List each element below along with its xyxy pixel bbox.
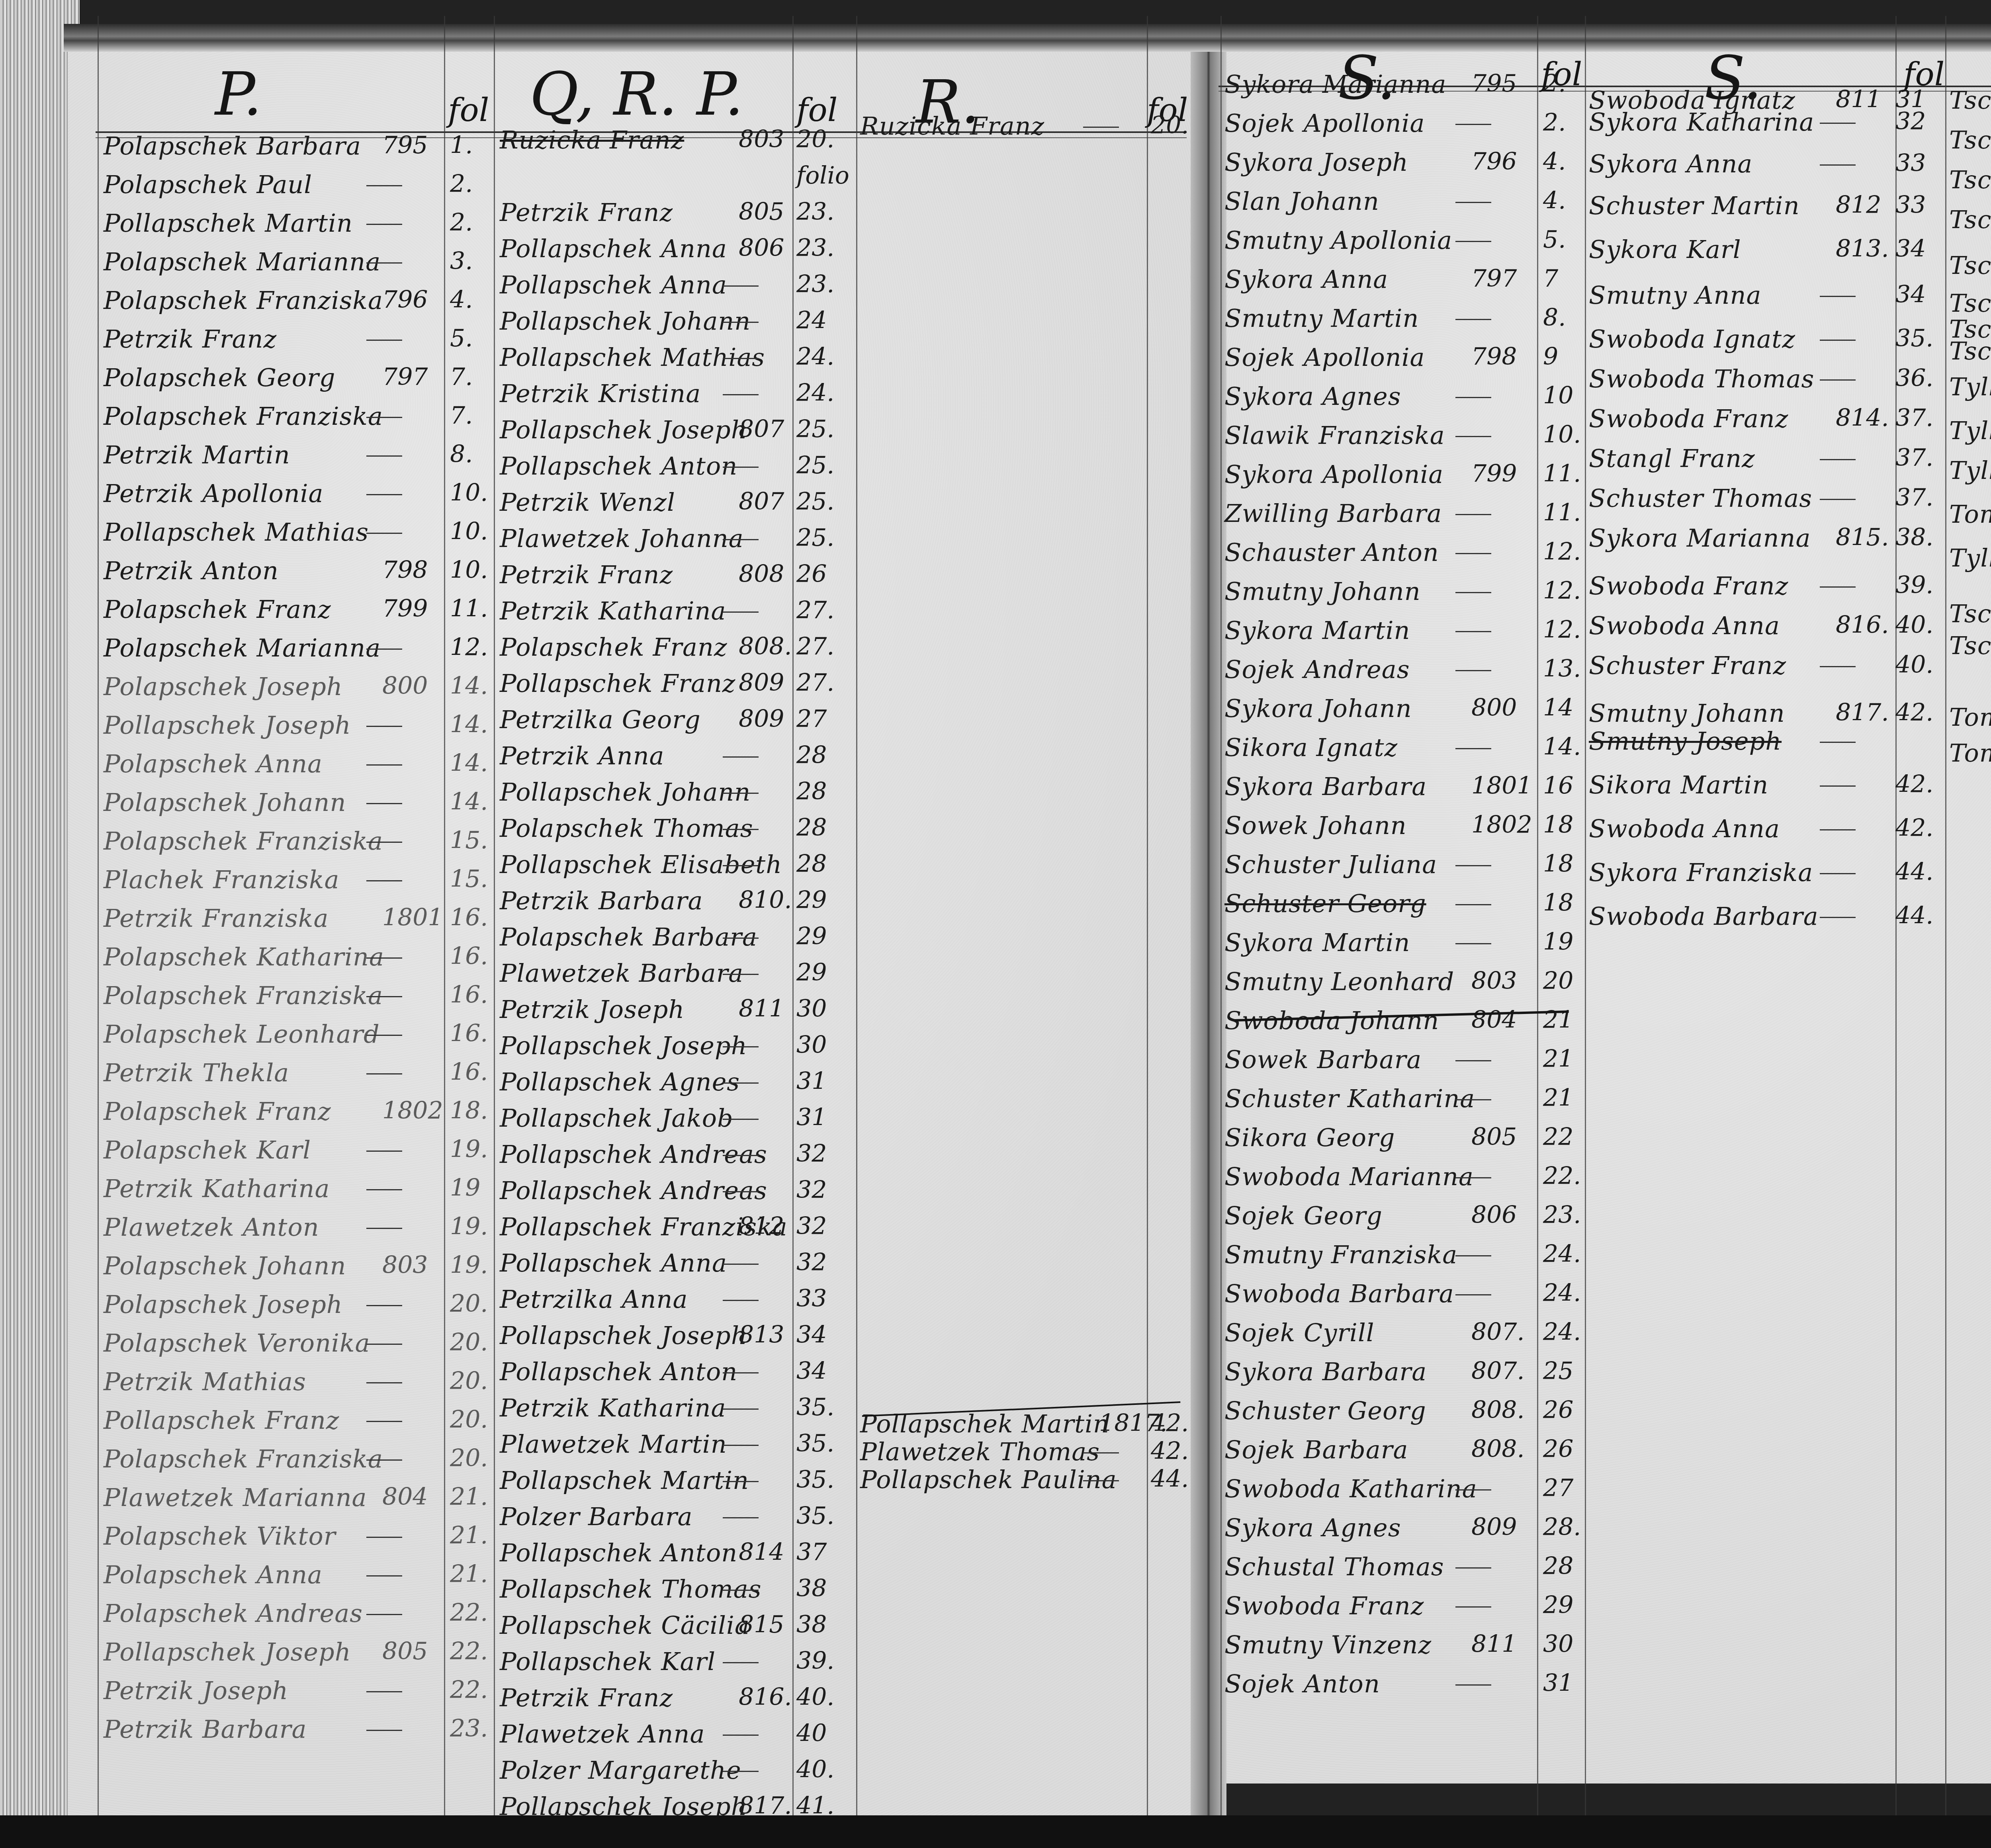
col-divider	[98, 16, 99, 1836]
entry-folio: 2.	[450, 170, 473, 198]
ditto-dash	[366, 996, 402, 997]
index-entry: Swoboda Franz39.	[1589, 571, 1939, 599]
entry-name: Plawetzek Barbara	[500, 959, 743, 988]
entry-year: 803	[739, 125, 784, 153]
entry-folio: 20.	[450, 1367, 488, 1395]
index-entry: Sikora Martin42.	[1589, 770, 1939, 798]
entry-name: Tomasz Anna	[1949, 500, 1991, 529]
entry-folio: 44.	[1151, 1465, 1189, 1493]
entry-name: Polapschek Marianna	[104, 633, 381, 662]
entry-folio: 30	[796, 995, 827, 1023]
entry-folio: 25.	[796, 415, 834, 443]
index-entry: Sykora Apollonia79911.	[1224, 460, 1583, 488]
entry-name: Pollapschek Thomas	[500, 1575, 761, 1604]
index-entry: Pollapschek Johann28	[500, 777, 850, 805]
ditto-dash	[1455, 631, 1491, 632]
entry-folio: 34	[1895, 235, 1926, 263]
entry-folio: 22.	[450, 1676, 488, 1704]
entry-folio: 34	[1895, 281, 1926, 309]
entry-folio: 29	[796, 922, 827, 950]
ditto-dash	[366, 726, 402, 727]
ditto-dash	[366, 1073, 402, 1074]
entry-folio: 37.	[1895, 484, 1933, 512]
index-entry: Pollapschek Joseph14.	[104, 711, 502, 738]
ditto-dash	[723, 611, 759, 613]
index-entry: Sykora Anna33	[1589, 149, 1939, 177]
entry-name: Smutny Joseph	[1589, 727, 1782, 756]
ditto-dash	[723, 756, 759, 758]
entry-name: Petrzik Franziska	[104, 904, 329, 933]
ditto-dash	[1455, 748, 1491, 749]
index-entry: Tschida Viktoria799.11.	[1949, 205, 1991, 233]
ditto-dash	[366, 1537, 402, 1538]
entry-folio: 44.	[1895, 858, 1933, 886]
entry-name: Smutny Anna	[1589, 281, 1761, 310]
entry-name: Polzer Margarethe	[500, 1756, 741, 1785]
entry-name: Polapschek Andreas	[104, 1599, 363, 1628]
ditto-dash	[366, 880, 402, 881]
entry-folio: 21	[1543, 1045, 1573, 1073]
entry-folio: 25.	[796, 488, 834, 516]
index-entry: Sykora Franziska44.	[1589, 858, 1939, 886]
entry-folio: 12.	[1543, 577, 1581, 605]
index-entry: Pollapschek Cäcilia81538	[500, 1611, 850, 1639]
index-entry: Polapschek Franziska20.	[104, 1444, 502, 1472]
index-entry: Tyll Joseph81232	[1949, 456, 1991, 484]
entry-name: Tschida Lorenz	[1949, 251, 1991, 280]
entry-year: 805	[739, 198, 784, 226]
index-entry: Swoboda Anna42.	[1589, 814, 1939, 842]
ditto-dash	[366, 262, 402, 264]
index-entry: Petrzilka Georg80927	[500, 705, 850, 733]
entry-name: Tomasz Joseph	[1949, 738, 1991, 768]
entry-name: Polapschek Paul	[104, 170, 312, 199]
ditto-dash	[1820, 666, 1856, 667]
entry-year: 808.	[1471, 1435, 1525, 1463]
entry-name: Petrzik Joseph	[500, 995, 685, 1024]
entry-folio: 21.	[450, 1560, 488, 1588]
index-entry: Tschida Katharina7965.	[1949, 125, 1991, 153]
index-entry: Tschida Blasius36	[1949, 631, 1991, 659]
entry-year: 804	[1471, 1006, 1517, 1034]
entry-year: 813	[739, 1321, 784, 1349]
entry-folio: 38	[796, 1611, 827, 1639]
index-entry: Pollapschek Paulina44.	[860, 1465, 1187, 1493]
entry-name: Sikora Martin	[1589, 770, 1768, 799]
index-entry: Pollapschek Joseph80522.	[104, 1637, 502, 1665]
index-entry: Pollapschek Johann24	[500, 307, 850, 334]
col-divider	[1945, 16, 1946, 1836]
index-entry: Tschida Martin797.8.	[1949, 165, 1991, 193]
entry-year: 807	[739, 488, 784, 516]
index-entry: Sykora Martin19	[1224, 928, 1583, 956]
index-entry: Swoboda Franz814.37.	[1589, 404, 1939, 432]
entry-name: Pollapschek Joseph	[500, 415, 747, 444]
col-divider	[1220, 16, 1222, 1836]
entry-folio: 37	[796, 1538, 827, 1566]
ditto-dash	[366, 1382, 402, 1383]
entry-folio: 31	[796, 1104, 827, 1131]
entry-name: Sojek Barbara	[1224, 1435, 1408, 1464]
ditto-dash	[723, 1191, 759, 1192]
ditto-dash	[1820, 499, 1856, 500]
index-entry: Smutny Vinzenz81130	[1224, 1630, 1583, 1658]
entry-name: Pollapschek Anna	[500, 1248, 727, 1278]
entry-name: Swoboda Marianna	[1224, 1162, 1474, 1191]
index-entry: Schuster Georg18	[1224, 889, 1583, 917]
entry-name: Tyll Anna	[1949, 416, 1991, 445]
entry-name: Polapschek Katharina	[104, 942, 384, 971]
entry-folio: 40.	[796, 1683, 834, 1711]
ditto-dash	[366, 224, 402, 225]
entry-name: Plawetzek Johanna	[500, 524, 744, 553]
entry-year: 815	[739, 1611, 784, 1639]
entry-folio: 37.	[1895, 404, 1933, 432]
index-entry: Schuster Thomas37.	[1589, 484, 1939, 512]
index-entry: Tyll Martin807.25.	[1949, 372, 1991, 400]
entry-folio: 38	[796, 1575, 827, 1602]
entry-folio: 4.	[450, 286, 473, 314]
entry-folio: 21.	[450, 1522, 488, 1549]
index-entry: Sojek Apollonia2.	[1224, 109, 1583, 137]
ditto-dash	[366, 803, 402, 804]
index-entry: Polzer Barbara35.	[500, 1502, 850, 1530]
index-entry: Tyll Barbara814.36	[1949, 543, 1991, 571]
index-entry: Zwilling Barbara11.	[1224, 499, 1583, 527]
entry-folio: 34	[796, 1357, 827, 1385]
entry-folio: 40.	[1895, 651, 1933, 679]
index-entry: Sikora Georg80522	[1224, 1123, 1583, 1151]
entry-folio: 4.	[1543, 187, 1566, 215]
entry-name: Tyll Martin	[1949, 372, 1991, 401]
entry-folio: 26	[1543, 1435, 1573, 1463]
entry-name: Pollapschek Joseph	[500, 1031, 747, 1060]
index-entry: Petrzik Katharina27.	[500, 596, 850, 624]
ditto-dash	[366, 1035, 402, 1036]
index-entry: Polapschek Anna14.	[104, 749, 502, 777]
index-entry: Petrzik Mathias20.	[104, 1367, 502, 1395]
entry-name: Petrzik Katharina	[500, 596, 726, 625]
entry-name: Smutny Johann	[1224, 577, 1421, 606]
entry-name: Polapschek Barbara	[500, 922, 757, 951]
entry-name: Polapschek Franz	[500, 633, 728, 662]
entry-name: Petrzik Kristina	[500, 379, 701, 408]
entry-folio: 9	[1543, 343, 1558, 371]
index-entry: Polapschek Franziska7.	[104, 402, 502, 430]
index-entry: Pollapschek Joseph81334	[500, 1321, 850, 1349]
entry-name: Tyll Barbara	[1949, 543, 1991, 572]
entry-name: Pollapschek Mathias	[500, 343, 765, 372]
entry-name: Tschida Marianna	[1949, 86, 1991, 115]
entry-folio: 32	[796, 1176, 827, 1204]
entry-folio: 42.	[1151, 1409, 1189, 1437]
entry-name: Tschida Martin	[1949, 165, 1991, 194]
index-entry: Sykora Barbara180116	[1224, 772, 1583, 800]
index-entry: Slan Johann4.	[1224, 187, 1583, 215]
entry-folio: 29	[796, 886, 827, 914]
ditto-dash	[723, 1481, 759, 1482]
entry-folio: 8.	[450, 440, 473, 468]
entry-name: Plawetzek Martin	[500, 1430, 727, 1459]
entry-name: Slawik Franziska	[1224, 421, 1445, 450]
entry-folio: 24.	[1543, 1240, 1581, 1268]
entry-name: Pollapschek Andreas	[500, 1176, 767, 1205]
entry-name: Pollapschek Anton	[500, 1357, 737, 1386]
ditto-dash	[1455, 1294, 1491, 1295]
index-entry: Petrzik Katharina35.	[500, 1393, 850, 1421]
index-entry: Tomasz Joseph81741.	[1949, 738, 1991, 766]
index-entry: Polapschek Andreas22.	[104, 1599, 502, 1627]
entry-name: Polapschek Franziska	[104, 1444, 383, 1473]
entry-year: 815.	[1836, 524, 1889, 551]
ditto-dash	[366, 1421, 402, 1422]
entry-name: Swoboda Barbara	[1589, 902, 1819, 931]
entry-folio: 33	[1895, 191, 1926, 219]
index-entry: Plawetzek Thomas42.	[860, 1437, 1187, 1465]
ditto-dash	[1455, 436, 1491, 437]
index-entry: Pollapschek Karl39.	[500, 1647, 850, 1675]
entry-name: Sojek Andreas	[1224, 655, 1410, 684]
entry-name: Polapschek Franziska	[104, 826, 383, 856]
entry-folio: 8.	[1543, 304, 1566, 332]
entry-folio: 25.	[796, 451, 834, 479]
ditto-dash	[1083, 127, 1119, 128]
entry-folio: 7	[1543, 265, 1558, 293]
index-entry: Sykora Marianna815.38.	[1589, 524, 1939, 551]
index-entry: Sykora Marianna7952.	[1224, 70, 1583, 98]
entry-folio: 42.	[1895, 770, 1933, 798]
entry-year: 809	[1471, 1513, 1517, 1541]
entry-folio: 20.	[450, 1328, 488, 1356]
index-entry: Pollapschek Jakob31	[500, 1104, 850, 1131]
index-entry: Pollapschek Franz80927.	[500, 669, 850, 697]
entry-year: 811	[739, 995, 784, 1023]
index-entry: Petrzik Joseph81130	[500, 995, 850, 1023]
entry-folio: 22.	[1543, 1162, 1581, 1190]
entry-name: Sykora Karl	[1589, 235, 1741, 264]
entry-name: Sowek Barbara	[1224, 1045, 1422, 1074]
entry-name: Swoboda Franz	[1589, 404, 1788, 433]
entry-folio: 2.	[1543, 70, 1566, 98]
entry-folio: 19	[1543, 928, 1573, 956]
entry-folio: 14.	[450, 788, 488, 816]
entry-name: Sojek Apollonia	[1224, 109, 1425, 138]
entry-year: 796	[382, 286, 428, 314]
entry-name: Pollapschek Johann	[500, 777, 751, 807]
book-top-edge	[64, 24, 1991, 52]
index-entry: Plachek Franziska15.	[104, 865, 502, 893]
entry-name: Pollapschek Andreas	[500, 1140, 767, 1169]
index-entry: folio	[500, 162, 850, 189]
index-entry: Polapschek Anna21.	[104, 1560, 502, 1588]
entry-folio: 18	[1543, 889, 1573, 917]
entry-name: Sykora Barbara	[1224, 1357, 1427, 1386]
ditto-dash	[366, 1151, 402, 1152]
entry-folio: 14.	[1543, 733, 1581, 761]
entry-year: 812	[739, 1212, 784, 1240]
entry-name: Polapschek Leonhard	[104, 1020, 380, 1049]
ditto-dash	[1455, 592, 1491, 593]
ditto-dash	[723, 1119, 759, 1120]
entry-folio: 24.	[1543, 1318, 1581, 1346]
entry-folio: 22.	[450, 1637, 488, 1665]
ditto-dash	[723, 938, 759, 939]
index-entry: Tyll Anna80928	[1949, 416, 1991, 444]
index-entry: Smutny Joseph	[1589, 727, 1939, 754]
ditto-dash	[1820, 873, 1856, 874]
entry-folio: 11.	[1543, 460, 1581, 488]
entry-name: Tschida Viktoria	[1949, 205, 1991, 234]
ditto-dash	[366, 533, 402, 534]
ditto-dash	[1820, 917, 1856, 918]
entry-year: 795	[382, 131, 428, 159]
index-entry: Pollapschek Anton25.	[500, 451, 850, 479]
index-entry: Pollapschek Elisabeth28	[500, 850, 850, 878]
index-entry: Sojek Anton31	[1224, 1669, 1583, 1697]
ditto-dash	[1455, 1567, 1491, 1569]
ditto-dash	[1820, 459, 1856, 460]
index-entry: Pollapschek Franziska81232	[500, 1212, 850, 1240]
entry-name: Polapschek Veronika	[104, 1328, 370, 1358]
index-entry: Tschida Sebian36	[1949, 599, 1991, 627]
entry-name: Plachek Franziska	[104, 865, 340, 894]
entry-year: 797	[382, 363, 428, 391]
index-entry: Sykora Martin12.	[1224, 616, 1583, 644]
index-entry: Tomasz Katharina815.39	[1949, 703, 1991, 731]
entry-folio: 35.	[796, 1466, 834, 1494]
entry-folio: 10.	[450, 518, 488, 545]
ditto-dash	[1455, 670, 1491, 671]
entry-name: Polapschek Franz	[104, 1097, 331, 1126]
entry-name: Petrzilka Georg	[500, 705, 701, 734]
entry-name: Polapschek Anna	[104, 1560, 323, 1589]
book-spread: P. fol Q, R. P. fol R. fol S. fol S. fol…	[0, 0, 1991, 1848]
entry-folio: 10	[1543, 382, 1573, 410]
ditto-dash	[723, 285, 759, 287]
entry-name: Petrzik Joseph	[104, 1676, 288, 1705]
index-entry: Plawetzek Martin35.	[500, 1430, 850, 1457]
entry-name: Pollapschek Jakob	[500, 1104, 733, 1133]
entry-name: Polzer Barbara	[500, 1502, 692, 1531]
entry-name: Pollapschek Anton	[500, 451, 737, 481]
entry-folio: 40.	[796, 1756, 834, 1784]
ditto-dash	[1455, 1060, 1491, 1061]
index-entry: Pollapschek Anna80623.	[500, 234, 850, 262]
ditto-dash	[366, 1228, 402, 1229]
entry-folio: 31	[1543, 1669, 1573, 1697]
index-entry: Pollapschek Martin35.	[500, 1466, 850, 1494]
entry-folio: 20.	[450, 1290, 488, 1318]
index-entry: Swoboda Ignatz35.	[1589, 324, 1939, 352]
entry-name: Petrzik Anton	[104, 556, 279, 585]
entry-folio: 14.	[450, 711, 488, 738]
entry-year: 799	[1471, 460, 1517, 488]
ditto-dash	[723, 1264, 759, 1265]
entry-year: 800	[382, 672, 428, 700]
entry-name: Ruzicka Franz	[860, 111, 1044, 141]
entry-folio: 23.	[796, 270, 834, 298]
ditto-dash	[723, 1735, 759, 1736]
ditto-dash	[723, 1046, 759, 1047]
index-entry: Pollapschek Andreas32	[500, 1140, 850, 1168]
entry-folio: 25.	[796, 524, 834, 552]
entry-name: Petrzilka Anna	[500, 1285, 688, 1314]
entry-folio: 27	[796, 705, 827, 733]
col-divider	[1585, 16, 1586, 1836]
fol-heading: fol	[796, 92, 837, 129]
entry-folio: 7.	[450, 363, 473, 391]
entry-name: Swoboda Anna	[1589, 611, 1780, 640]
entry-name: Smutny Apollonia	[1224, 226, 1452, 255]
entry-name: Polapschek Franziska	[104, 402, 383, 431]
entry-name: Slan Johann	[1224, 187, 1379, 216]
entry-name: Zwilling Barbara	[1224, 499, 1442, 528]
entry-folio: 26	[1543, 1396, 1573, 1424]
entry-name: Pollapschek Anna	[500, 270, 727, 299]
entry-name: Tomasz Katharina	[1949, 703, 1991, 732]
ditto-dash	[723, 1408, 759, 1410]
entry-folio: 23.	[796, 198, 834, 226]
entry-folio: 5.	[450, 324, 473, 352]
ditto-dash	[723, 394, 759, 395]
entry-year: 805	[382, 1637, 428, 1665]
fol-heading: fol	[448, 92, 489, 129]
entry-folio: 4.	[1543, 148, 1566, 176]
entry-folio: 10.	[1543, 421, 1581, 449]
entry-name: Pollapschek Joseph	[500, 1321, 747, 1350]
entry-folio: 11.	[1543, 499, 1581, 527]
entry-name: Pollapschek Karl	[500, 1647, 716, 1676]
ditto-dash	[723, 1155, 759, 1156]
ditto-dash	[723, 358, 759, 359]
ditto-dash	[1820, 785, 1856, 787]
index-entry: Petrzik Apollonia10.	[104, 479, 502, 507]
entry-folio: 16.	[450, 1020, 488, 1047]
index-entry: Polapschek Barbara29	[500, 922, 850, 950]
entry-name: Swoboda Ignatz	[1589, 324, 1795, 354]
index-entry: Pollapschek Anna32	[500, 1248, 850, 1276]
entry-name: Schuster Martin	[1589, 191, 1800, 220]
entry-folio: folio	[796, 162, 849, 189]
index-entry: Pollapschek Agnes31	[500, 1067, 850, 1095]
entry-folio: 32	[796, 1248, 827, 1276]
entry-name: Pollapschek Joseph	[104, 1637, 351, 1666]
entry-year: 808.	[1471, 1396, 1525, 1424]
entry-folio: 44.	[1895, 902, 1933, 930]
entry-name: Pollapschek Paulina	[860, 1465, 1117, 1494]
entry-folio: 28	[796, 741, 827, 769]
entry-folio: 2.	[1543, 109, 1566, 137]
index-entry: Swoboda Franz29	[1224, 1591, 1583, 1619]
entry-year: 807.	[1471, 1318, 1525, 1346]
ditto-dash	[1820, 296, 1856, 297]
ditto-dash	[366, 455, 402, 457]
entry-name: Polapschek Marianna	[104, 247, 381, 276]
index-entry: Plawetzek Anna40	[500, 1719, 850, 1747]
index-entry: Schauster Anton12.	[1224, 538, 1583, 566]
entry-name: Pollapschek Joseph	[104, 711, 351, 740]
entry-name: Petrzik Katharina	[104, 1174, 330, 1203]
entry-name: Ruzicka Franz	[500, 125, 684, 154]
entry-year: 811	[1471, 1630, 1517, 1658]
entry-name: Sojek Cyrill	[1224, 1318, 1375, 1347]
entry-name: Schuster Franz	[1589, 651, 1786, 680]
index-entry: Petrzik Kristina24.	[500, 379, 850, 407]
entry-year: 798	[1471, 343, 1517, 371]
entry-folio: 21.	[450, 1483, 488, 1511]
entry-name: Schuster Georg	[1224, 1396, 1426, 1425]
entry-folio: 18.	[450, 1097, 488, 1125]
